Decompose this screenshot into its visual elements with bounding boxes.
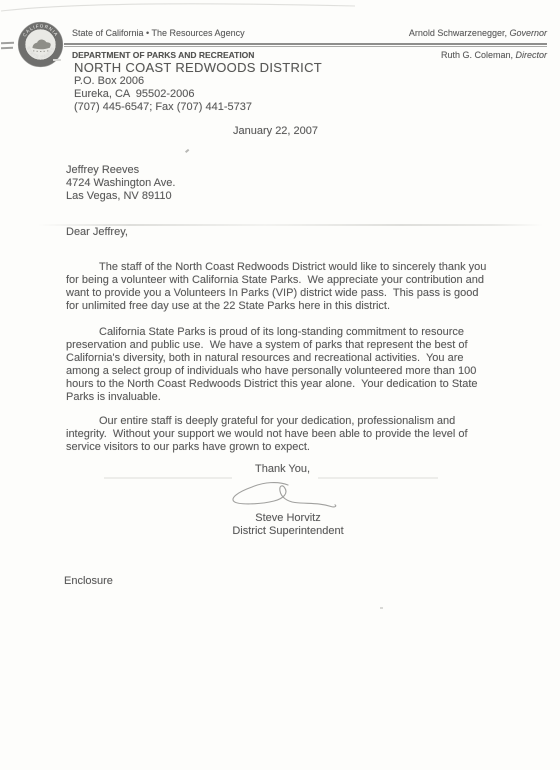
california-state-parks-seal-icon: CALIFORNIA STATE PARKS [17,21,64,68]
paragraph-2: California State Parks is proud of its l… [66,326,526,404]
scan-artifact-smudge [104,477,232,479]
body-line: Our entire staff is deeply grateful for … [66,415,526,428]
handwritten-signature-icon [226,479,344,511]
body-line: preservation and public use. We have a s… [66,339,526,352]
recipient-line: Jeffrey Reeves [66,164,175,177]
salutation: Dear Jeffrey, [66,226,128,239]
body-line: for being a volunteer with California St… [66,274,526,287]
signature-block: Steve Horvitz District Superintendent [203,512,373,538]
district-title: NORTH COAST REDWOODS DISTRICT [74,60,322,75]
scan-artifact-dot [380,607,383,609]
body-line: California State Parks is proud of its l… [66,326,526,339]
body-line: Parks is invaluable. [66,391,526,404]
agency-line: State of California • The Resources Agen… [72,28,245,39]
enclosure-note: Enclosure [64,575,113,588]
address-line: Eureka, CA 95502-2006 [74,88,252,101]
address-line: P.O. Box 2006 [74,75,252,88]
body-line: service visitors to our parks have grown… [66,441,526,454]
signer-title: District Superintendent [203,525,373,538]
signer-name: Steve Horvitz [203,512,373,525]
department-line: DEPARTMENT OF PARKS AND RECREATION [72,50,254,60]
director-line: Ruth G. Coleman, Director [441,50,547,61]
recipient-line: Las Vegas, NV 89110 [66,190,175,203]
letter-date: January 22, 2007 [233,125,318,138]
body-line: California's diversity, both in natural … [66,352,526,365]
body-line: want to provide you a Volunteers In Park… [66,287,526,300]
director-title: Director [515,50,547,60]
body-line: for unlimited free day use at the 22 Sta… [66,300,526,313]
letter-page: CALIFORNIA STATE PARKS State of Californ… [0,0,560,770]
letterhead-rule [64,46,547,47]
body-line: integrity. Without your support we would… [66,428,526,441]
director-name: Ruth G. Coleman, [441,50,516,60]
letterhead-address: P.O. Box 2006 Eureka, CA 95502-2006 (707… [74,75,252,114]
letterhead-rule [64,43,547,45]
paragraph-1: The staff of the North Coast Redwoods Di… [66,261,526,313]
scan-artifact-dash [1,46,13,48]
scan-artifact-tick [185,149,189,153]
closing: Thank You, [255,463,310,476]
recipient-address: Jeffrey Reeves 4724 Washington Ave. Las … [66,164,175,203]
recipient-line: 4724 Washington Ave. [66,177,175,190]
governor-name: Arnold Schwarzenegger, [409,28,510,38]
body-line: hours to the North Coast Redwoods Distri… [66,378,526,391]
scan-artifact-dash [53,59,61,61]
governor-title: Governor [509,28,547,38]
address-line: (707) 445-6547; Fax (707) 441-5737 [74,101,252,114]
paragraph-3: Our entire staff is deeply grateful for … [66,415,526,454]
scan-artifact-dash [1,42,14,44]
body-line: among a select group of individuals who … [66,365,526,378]
body-line: The staff of the North Coast Redwoods Di… [66,261,526,274]
governor-line: Arnold Schwarzenegger, Governor [409,28,547,39]
scan-artifact-arc [0,0,370,16]
